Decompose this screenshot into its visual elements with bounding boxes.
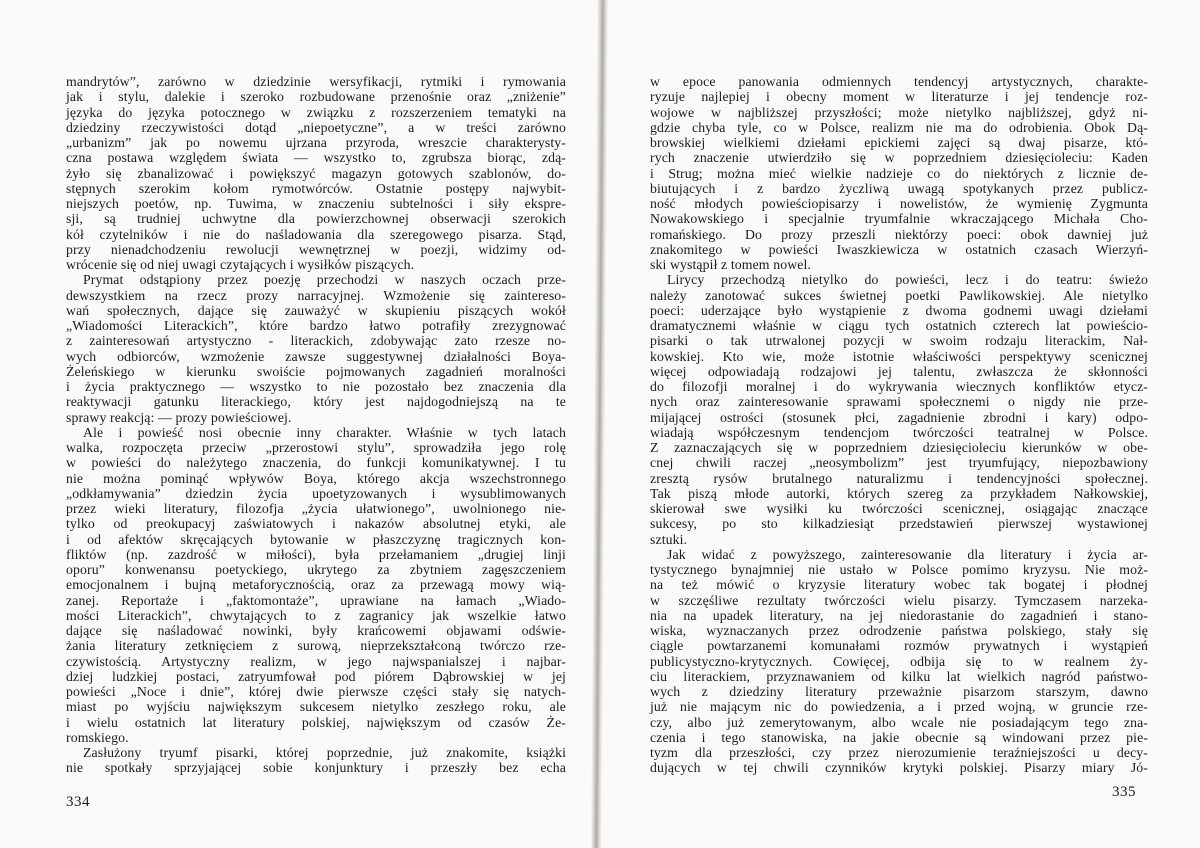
text-block-left: mandrytów”, zarówno w dziedzinie wersyfi… xyxy=(66,74,566,776)
text-line: mandrytów”, zarówno w dziedzinie wersyfi… xyxy=(66,74,566,89)
text-line: nie można pominąć wpływów Boya, którego … xyxy=(66,471,566,486)
text-line: „Wiadomości Literackich”, które bardzo ł… xyxy=(66,318,566,333)
text-line: sukcesy, po sto kilkadziesiąt przedstawi… xyxy=(650,516,1148,531)
text-line: tystycznego bynajmniej nie ustało w Pols… xyxy=(650,562,1148,577)
text-line: na też mówić o kryzysie literatury wobec… xyxy=(650,577,1148,592)
text-line: więcej odpowiadają rodzajowi jej talentu… xyxy=(650,364,1148,379)
text-line: Tak piszą młode autorki, których szereg … xyxy=(650,486,1148,501)
text-line: w szczęśliwe rezultaty twórczości wielu … xyxy=(650,593,1148,608)
text-line: Lirycy przechodzą nietylko do powieści, … xyxy=(650,272,1148,287)
text-line: niejszych poetów, np. Tuwima, w znaczeni… xyxy=(66,196,566,211)
text-line: czenia i tego stanowiska, na jakie obecn… xyxy=(650,730,1148,745)
text-line: już nie mającym nic do powiedzenia, a i … xyxy=(650,699,1148,714)
text-line: walka, rozpoczęta przeciw „przerostowi s… xyxy=(66,440,566,455)
text-line: skierował swe wysiłki ku twórczości scen… xyxy=(650,501,1148,516)
page-number-right: 335 xyxy=(1112,784,1136,801)
text-line: czna postawa względem świata — wszystko … xyxy=(66,150,566,165)
paragraph: Jak widać z powyższego, zainteresowanie … xyxy=(650,547,1148,776)
text-line: mijającej ostrości (stosunek płci, zagad… xyxy=(650,410,1148,425)
text-line: z zainteresowań artystyczno - literackic… xyxy=(66,333,566,348)
text-line: ciu literackiem, przyznawaniem od kilku … xyxy=(650,669,1148,684)
text-line: do filozofji moralnej i do wykrywania wi… xyxy=(650,379,1148,394)
text-line: nia na upadek literatury, na jej niedora… xyxy=(650,608,1148,623)
text-line: miast po wyjściu największym sukcesem ni… xyxy=(66,699,566,714)
text-line: Ale i powieść nosi obecnie inny charakte… xyxy=(66,425,566,440)
text-line: cnej chwili raczej „neosymbolizm” jest t… xyxy=(650,455,1148,470)
text-block-right: w epoce panowania odmiennych tendencyj a… xyxy=(650,74,1148,776)
page-right: w epoce panowania odmiennych tendencyj a… xyxy=(606,0,1200,848)
text-line: gdzie chyba tyle, co w Polsce, realizm n… xyxy=(650,120,1148,135)
text-line: tylko od preokupacyj zaświatowych i naka… xyxy=(66,516,566,531)
text-line: biutujących i z bardzo życzliwą uwagą sp… xyxy=(650,181,1148,196)
text-line: sji, są trudniej uchwytne dla powierzcho… xyxy=(66,211,566,226)
text-line: i od afektów skręcających bytowanie w pł… xyxy=(66,532,566,547)
text-line: żyło się zbanalizować i powiększyć magaz… xyxy=(66,166,566,181)
text-line: „urbanizm” jak po nowemu ujrzana przyrod… xyxy=(66,135,566,150)
text-line: wrócenie się od niej uwagi czytających i… xyxy=(66,257,566,272)
text-line: wych odbiorców, wzmożenie zawsze suggest… xyxy=(66,349,566,364)
paragraph: Lirycy przechodzą nietylko do powieści, … xyxy=(650,272,1148,547)
book-spread: mandrytów”, zarówno w dziedzinie wersyfi… xyxy=(0,0,1200,848)
text-line: dziej ludzkiej postaci, zatryumfował pod… xyxy=(66,669,566,684)
text-line: nie spotkały sprzyjającej sobie konjunkt… xyxy=(66,760,566,775)
text-line: wiadają współczesnym tendencjom twórczoś… xyxy=(650,425,1148,440)
text-line: znakomitego w powieści Iwaszkiewicza w o… xyxy=(650,242,1148,257)
text-line: wań społecznych, dające się zauważyć w s… xyxy=(66,303,566,318)
text-line: dające się naśladować nowinki, były krań… xyxy=(66,623,566,638)
text-line: stępnych szerokim kołom rymotwórców. Ost… xyxy=(66,181,566,196)
text-line: i Strug; można mieć wielkie nadzieje co … xyxy=(650,166,1148,181)
text-line: sztuki. xyxy=(650,532,1148,547)
text-line: kół czytelników i nie do naśladowania dl… xyxy=(66,227,566,242)
text-line: Jak widać z powyższego, zainteresowanie … xyxy=(650,547,1148,562)
page-left: mandrytów”, zarówno w dziedzinie wersyfi… xyxy=(0,0,594,848)
text-line: pisarki o tak utrwalonej pozycji w swoim… xyxy=(650,333,1148,348)
paragraph: w epoce panowania odmiennych tendencyj a… xyxy=(650,74,1148,272)
text-line: jak i stylu, dalekie i szeroko rozbudowa… xyxy=(66,89,566,104)
text-line: „odkłamywania” dziedzin życia upoetyzowa… xyxy=(66,486,566,501)
text-line: nych oraz zainteresowanie sprawami społe… xyxy=(650,394,1148,409)
text-line: romskiego. xyxy=(66,730,566,745)
text-line: ciągle powtarzanemi komunałami rozmów pr… xyxy=(650,638,1148,653)
text-line: i wielu ostatnich lat literatury polskie… xyxy=(66,715,566,730)
text-line: przy nienadchodzeniu rewolucji wewnętrzn… xyxy=(66,242,566,257)
text-line: żania literatury zetknięciem z surową, n… xyxy=(66,638,566,653)
text-line: ryzuje najlepiej i obecny moment w liter… xyxy=(650,89,1148,104)
text-line: mości Literackich”, chwytających to z za… xyxy=(66,608,566,623)
text-line: browskiej wielkiemi dziełami epickiemi z… xyxy=(650,135,1148,150)
text-line: przez wieki literatury, filozofja „życia… xyxy=(66,501,566,516)
text-line: dewszystkiem na rzecz prozy narracyjnej.… xyxy=(66,288,566,303)
text-line: czywistością. Artystyczny realizm, w jeg… xyxy=(66,654,566,669)
text-line: Zasłużony tryumf pisarki, której poprzed… xyxy=(66,745,566,760)
text-line: sprawy reakcją: — prozy powieściowej. xyxy=(66,410,566,425)
text-line: ski wystąpił z tomem nowel. xyxy=(650,257,1148,272)
text-line: poeci: uderzające było wystąpienie z dwo… xyxy=(650,303,1148,318)
text-line: emocjonalnem i bujną metaforycznością, o… xyxy=(66,577,566,592)
text-line: czy, albo już zemerytowanym, albo wcale … xyxy=(650,715,1148,730)
text-line: publicystyczno-krytycznych. Cowięcej, od… xyxy=(650,654,1148,669)
text-line: rych znaczenie utwierdziło się w poprzed… xyxy=(650,150,1148,165)
text-line: zanej. Reportaże i „faktomontaże”, upraw… xyxy=(66,593,566,608)
text-line: należy zanotować sukces świetnej poetki … xyxy=(650,288,1148,303)
text-line: wojowe w najbliższej przyszłości; może n… xyxy=(650,105,1148,120)
text-line: dujących w tej chwili czynników krytyki … xyxy=(650,760,1148,775)
text-line: powieści „Noce i dnie”, której dwie pier… xyxy=(66,684,566,699)
text-line: języka do języka potocznego w związku z … xyxy=(66,105,566,120)
text-line: w epoce panowania odmiennych tendencyj a… xyxy=(650,74,1148,89)
text-line: tyzm dla przeszłości, czy przez nierozum… xyxy=(650,745,1148,760)
text-line: kowskiej. Kto wie, może istotnie właściw… xyxy=(650,349,1148,364)
text-line: Z zaznaczających się w poprzedniem dzies… xyxy=(650,440,1148,455)
text-line: reaktywacji gatunku literackiego, który … xyxy=(66,394,566,409)
paragraph: Zasłużony tryumf pisarki, której poprzed… xyxy=(66,745,566,776)
paragraph: Ale i powieść nosi obecnie inny charakte… xyxy=(66,425,566,745)
text-line: Nowakowskiego i specjalnie tryumfalnie w… xyxy=(650,211,1148,226)
text-line: Żeleńskiego w kierunku swoiście pojmowan… xyxy=(66,364,566,379)
paragraph: Prymat odstąpiony przez poezję przechodz… xyxy=(66,272,566,425)
text-line: oporu” konwenansu poetyckiego, ukrytego … xyxy=(66,562,566,577)
text-line: dramatycznemi właśnie w ciągu tych ostat… xyxy=(650,318,1148,333)
paragraph: mandrytów”, zarówno w dziedzinie wersyfi… xyxy=(66,74,566,272)
text-line: romańskiego. Do prozy przeszli niektórzy… xyxy=(650,227,1148,242)
text-line: wiska, wyznaczanych przez odrodzenie pań… xyxy=(650,623,1148,638)
text-line: w powieści do należytego znaczenia, do f… xyxy=(66,455,566,470)
text-line: dziedziny rzeczywistości dotąd „niepoety… xyxy=(66,120,566,135)
page-number-left: 334 xyxy=(66,794,90,811)
text-line: wych z dziedziny literatury przeważnie p… xyxy=(650,684,1148,699)
text-line: zresztą rysów brutalnego naturalizmu i t… xyxy=(650,471,1148,486)
text-line: Prymat odstąpiony przez poezję przechodz… xyxy=(66,272,566,287)
text-line: i życia praktycznego — wszystko to nie p… xyxy=(66,379,566,394)
text-line: fliktów (np. zazdrość w miłości), była p… xyxy=(66,547,566,562)
text-line: ność młodych powieściopisarzy i nowelist… xyxy=(650,196,1148,211)
